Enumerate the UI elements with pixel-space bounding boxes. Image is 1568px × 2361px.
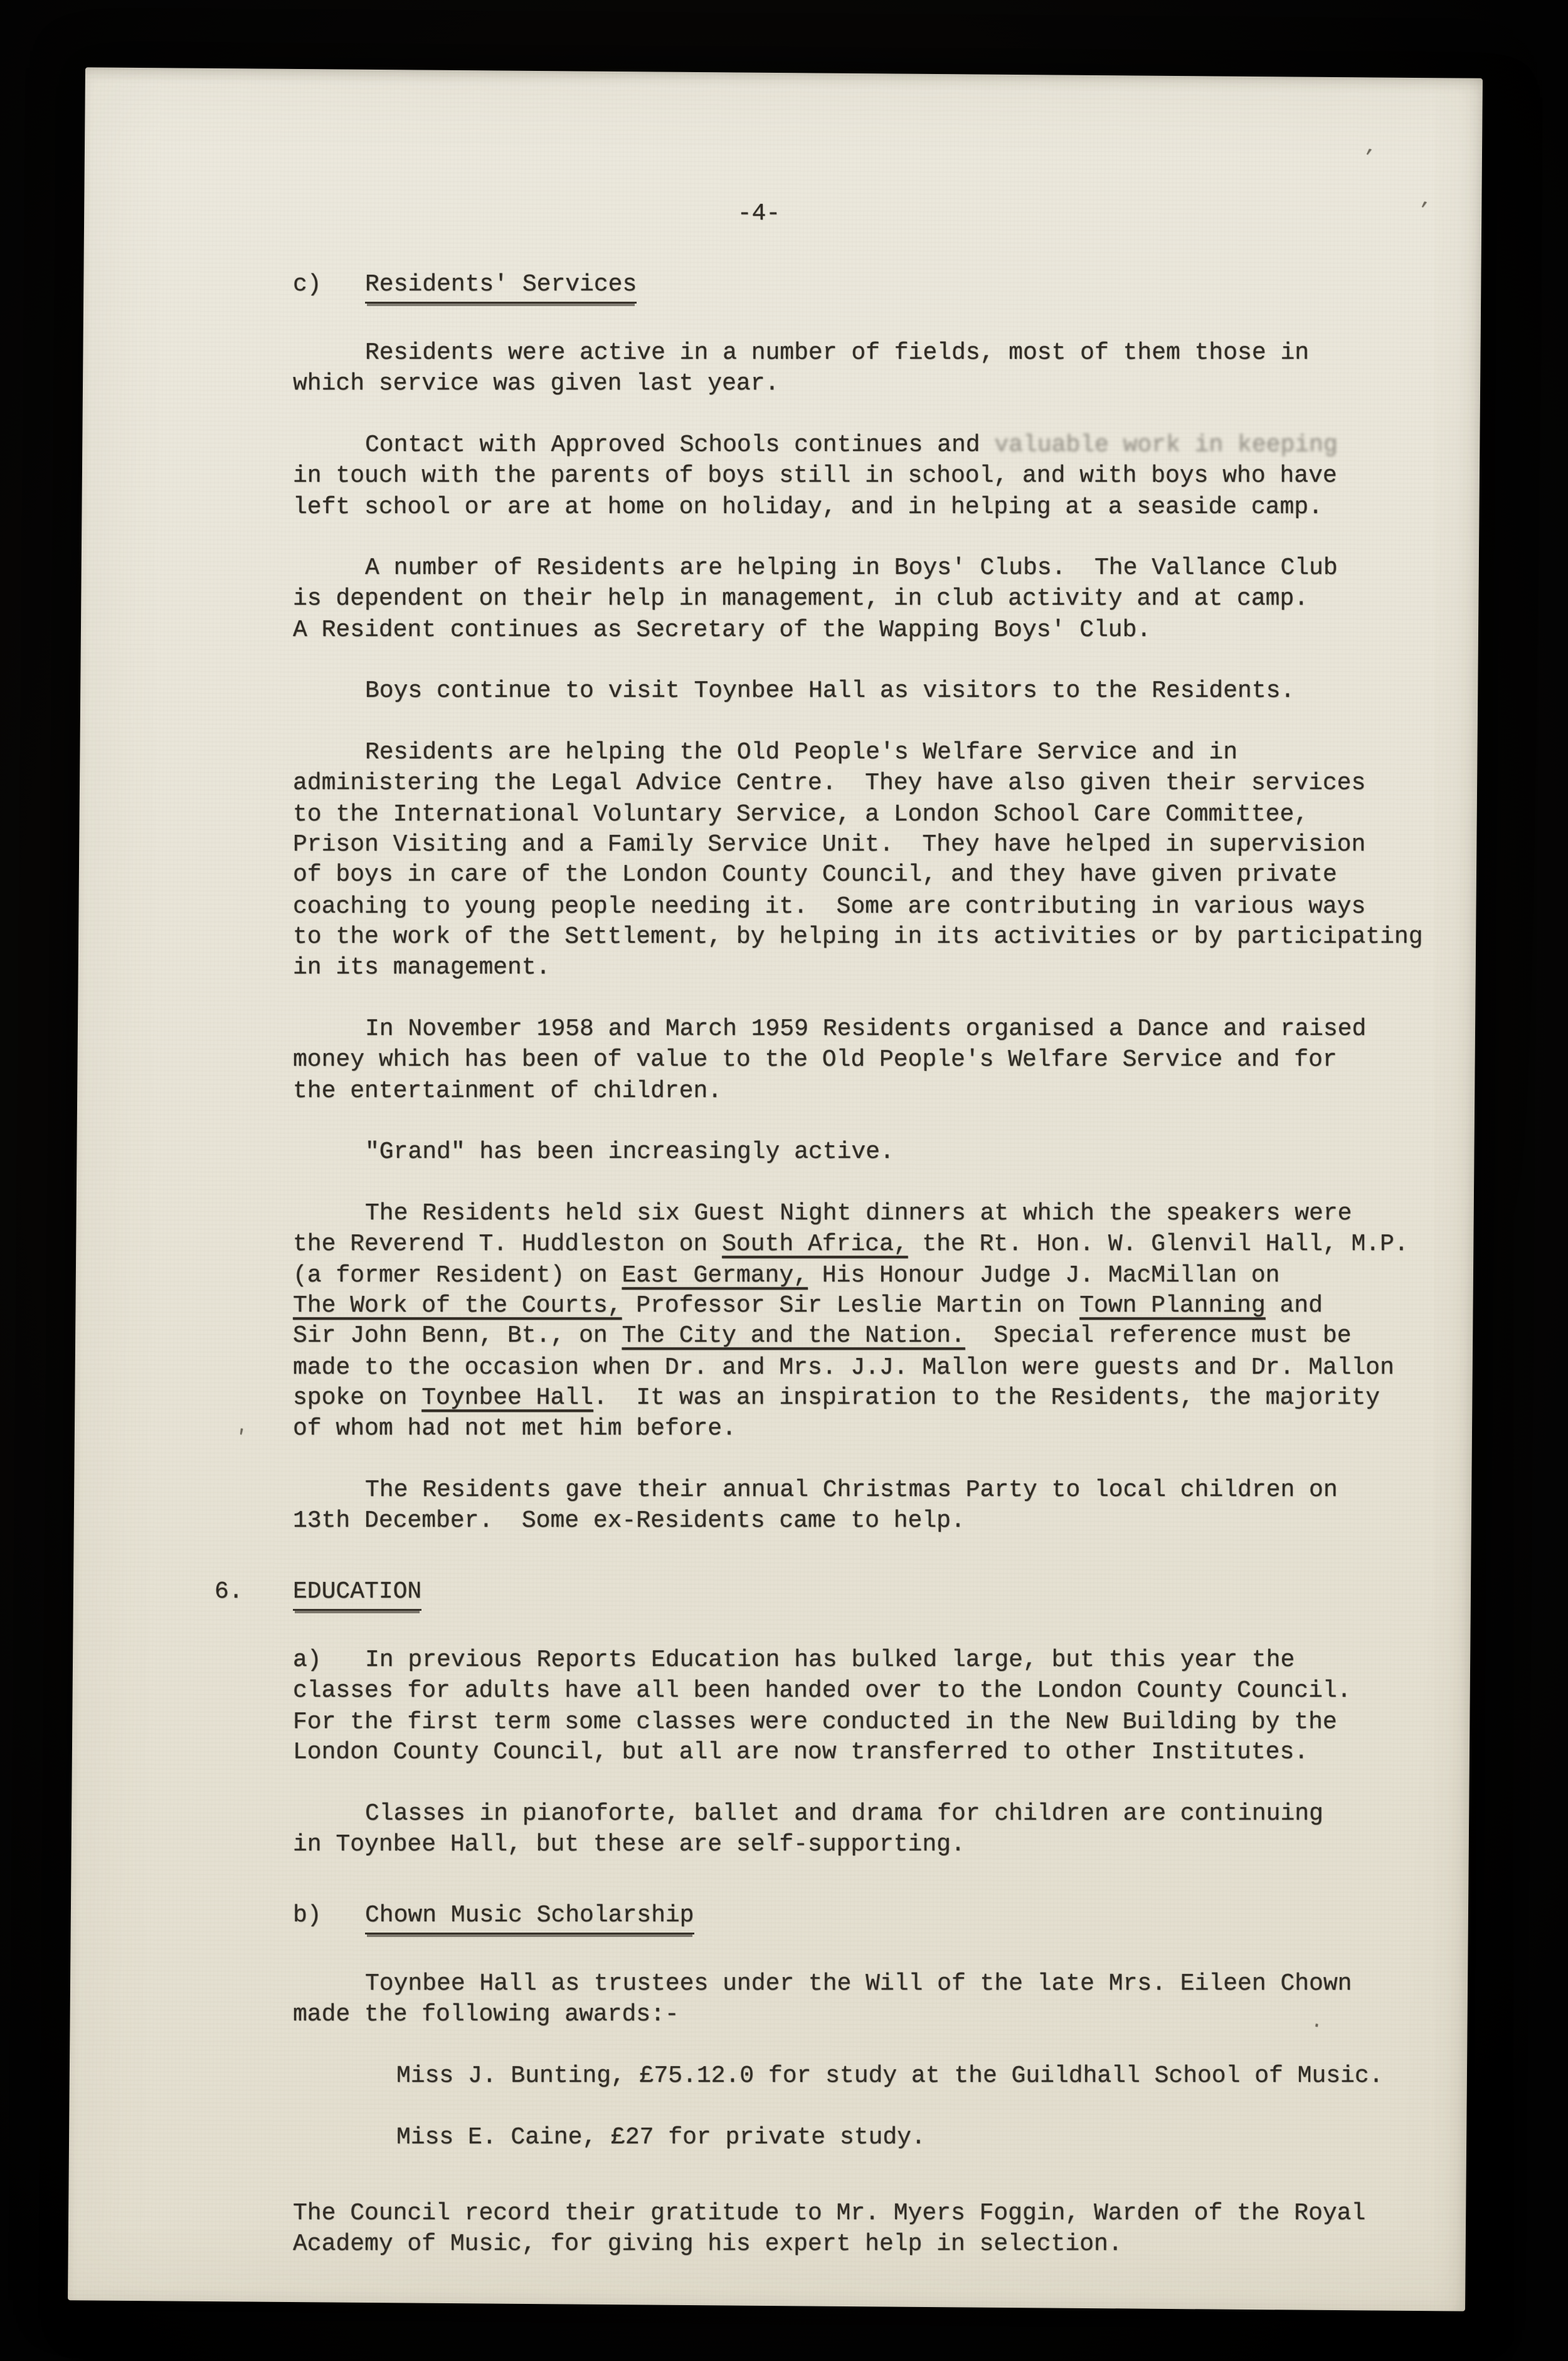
- text-segment: in Toynbee Hall, but these are self-supp…: [293, 1831, 965, 1858]
- text-segment: Toynbee Hall as trustees under the Will …: [365, 1970, 1352, 1997]
- text-line: Miss E. Caine, £27 for private study.: [77, 2122, 1474, 2153]
- underlined-phrase: The City and the Nation.: [622, 1322, 965, 1349]
- section-label: c): [293, 269, 322, 300]
- text-line: Residents are helping the Old People's W…: [77, 737, 1474, 768]
- text-line: (a former Resident) on East Germany, His…: [77, 1260, 1474, 1291]
- underlined-phrase: Toynbee Hall: [421, 1384, 593, 1411]
- text-line: Academy of Music, for giving his expert …: [77, 2229, 1474, 2259]
- text-line: is dependent on their help in management…: [77, 583, 1474, 614]
- text-line: Classes in pianoforte, ballet and drama …: [77, 1798, 1474, 1829]
- text-line: in its management.: [77, 952, 1474, 983]
- underlined-phrase: East Germany,: [622, 1262, 808, 1289]
- text-line: the entertainment of children.: [77, 1076, 1474, 1106]
- text-segment: the Reverend T. Huddleston on: [293, 1231, 722, 1258]
- text-segment: "Grand" has been increasingly active.: [365, 1138, 894, 1165]
- text-line: in Toynbee Hall, but these are self-supp…: [77, 1829, 1474, 1860]
- text-segment: Special reference must be: [965, 1322, 1352, 1349]
- page-content: -4- c)Residents' ServicesResidents were …: [77, 73, 1474, 2306]
- document-body: c)Residents' ServicesResidents were acti…: [77, 269, 1474, 2259]
- text-segment: His Honour Judge J. MacMillan on: [808, 1262, 1280, 1289]
- text-segment: Miss J. Bunting, £75.12.0 for study at t…: [396, 2062, 1383, 2089]
- photo-background: -4- c)Residents' ServicesResidents were …: [0, 0, 1568, 2361]
- text-segment: Prison Visiting and a Family Service Uni…: [293, 831, 1365, 858]
- page-number: -4-: [77, 198, 1474, 229]
- text-line: Toynbee Hall as trustees under the Will …: [77, 1968, 1474, 1999]
- section-title: EDUCATION: [293, 1578, 421, 1611]
- text-line: Contact with Approved Schools continues …: [77, 430, 1474, 460]
- text-line: The Work of the Courts, Professor Sir Le…: [77, 1290, 1474, 1321]
- text-segment: Contact with Approved Schools continues …: [365, 432, 994, 459]
- section-6-heading: 6.EDUCATION: [77, 1576, 1474, 1607]
- text-line: A Resident continues as Secretary of the…: [77, 615, 1474, 645]
- text-segment: Miss E. Caine, £27 for private study.: [396, 2124, 926, 2151]
- para-grand: "Grand" has been increasingly active.: [77, 1137, 1474, 1167]
- para-boys-visit: Boys continue to visit Toynbee Hall as v…: [77, 676, 1474, 706]
- text-line: in touch with the parents of boys still …: [77, 460, 1474, 491]
- text-line: left school or are at home on holiday, a…: [77, 492, 1474, 523]
- underlined-phrase: South Africa,: [722, 1231, 908, 1258]
- section-title: Residents' Services: [365, 271, 637, 304]
- text-segment: valuable work in keeping: [994, 432, 1337, 459]
- para-christmas-party: The Residents gave their annual Christma…: [77, 1475, 1474, 1536]
- text-line: to the work of the Settlement, by helpin…: [77, 921, 1474, 952]
- text-line: The Council record their gratitude to Mr…: [77, 2198, 1474, 2229]
- text-segment: Academy of Music, for giving his expert …: [293, 2231, 1123, 2258]
- text-segment: left school or are at home on holiday, a…: [293, 494, 1323, 521]
- text-segment: spoke on: [293, 1384, 421, 1411]
- text-line: of boys in care of the London County Cou…: [77, 859, 1474, 890]
- text-segment: Residents were active in a number of fie…: [365, 339, 1309, 366]
- heading-line: EDUCATION: [77, 1576, 1474, 1607]
- para-boys-clubs: A number of Residents are helping in Boy…: [77, 553, 1474, 645]
- text-line: of whom had not met him before.: [77, 1413, 1474, 1444]
- document-page: -4- c)Residents' ServicesResidents were …: [68, 67, 1483, 2311]
- text-line: coaching to young people needing it. Som…: [77, 891, 1474, 922]
- para-dance-fundraising: In November 1958 and March 1959 Resident…: [77, 1014, 1474, 1106]
- text-segment: A Resident continues as Secretary of the…: [293, 617, 1151, 644]
- text-segment: and: [1266, 1292, 1323, 1319]
- text-line: In previous Reports Education has bulked…: [77, 1645, 1474, 1675]
- text-segment: to the work of the Settlement, by helpin…: [293, 923, 1423, 950]
- text-line: A number of Residents are helping in Boy…: [77, 553, 1474, 583]
- text-segment: of whom had not met him before.: [293, 1415, 736, 1442]
- text-segment: . It was an inspiration to the Residents…: [593, 1384, 1380, 1411]
- text-segment: of boys in care of the London County Cou…: [293, 861, 1337, 888]
- text-line: which service was given last year.: [77, 368, 1474, 399]
- text-line: 13th December. Some ex-Residents came to…: [77, 1505, 1474, 1536]
- para-residents-active: Residents were active in a number of fie…: [77, 337, 1474, 399]
- text-line: the Reverend T. Huddleston on South Afri…: [77, 1229, 1474, 1260]
- text-segment: Residents are helping the Old People's W…: [365, 739, 1237, 766]
- section-label: b): [293, 1900, 322, 1931]
- text-segment: administering the Legal Advice Centre. T…: [293, 770, 1365, 797]
- section-b-heading: b)Chown Music Scholarship: [77, 1900, 1474, 1931]
- text-segment: Professor Sir Leslie Martin on: [622, 1292, 1080, 1319]
- text-line: London County Council, but all are now t…: [77, 1737, 1474, 1768]
- text-segment: The Residents gave their annual Christma…: [365, 1477, 1338, 1504]
- para-council-gratitude: The Council record their gratitude to Mr…: [77, 2198, 1474, 2259]
- text-segment: in its management.: [293, 954, 550, 981]
- underlined-phrase: The Work of the Courts,: [293, 1292, 622, 1319]
- text-line: The Residents held six Guest Night dinne…: [77, 1198, 1474, 1229]
- text-segment: In November 1958 and March 1959 Resident…: [365, 1016, 1366, 1043]
- text-segment: Sir John Benn, Bt., on: [293, 1322, 622, 1349]
- text-segment: in touch with the parents of boys still …: [293, 462, 1337, 489]
- scan-artifact: ’: [1360, 142, 1376, 174]
- para-education-a: a)In previous Reports Education has bulk…: [77, 1645, 1474, 1768]
- para-chown-trustees: Toynbee Hall as trustees under the Will …: [77, 1968, 1474, 2030]
- text-line: made the following awards:-: [77, 1999, 1474, 2030]
- text-segment: the entertainment of children.: [293, 1078, 722, 1105]
- text-line: Residents were active in a number of fie…: [77, 337, 1474, 368]
- text-line: spoke on Toynbee Hall. It was an inspira…: [77, 1382, 1474, 1413]
- heading-line: Chown Music Scholarship: [77, 1900, 1474, 1931]
- text-line: Miss J. Bunting, £75.12.0 for study at t…: [77, 2061, 1474, 2091]
- text-segment: is dependent on their help in management…: [293, 585, 1308, 612]
- text-line: In November 1958 and March 1959 Resident…: [77, 1014, 1474, 1044]
- heading-line: Residents' Services: [77, 269, 1474, 300]
- text-segment: Boys continue to visit Toynbee Hall as v…: [365, 677, 1295, 704]
- text-line: Sir John Benn, Bt., on The City and the …: [77, 1320, 1474, 1351]
- text-segment: (a former Resident) on: [293, 1262, 622, 1289]
- section-label: 6.: [215, 1576, 243, 1607]
- text-segment: which service was given last year.: [293, 370, 779, 397]
- text-segment: For the first term some classes were con…: [293, 1709, 1337, 1736]
- underlined-phrase: Town Planning: [1079, 1292, 1265, 1319]
- text-segment: Classes in pianoforte, ballet and drama …: [365, 1800, 1323, 1827]
- text-line: "Grand" has been increasingly active.: [77, 1137, 1474, 1167]
- text-segment: The Residents held six Guest Night dinne…: [365, 1200, 1352, 1227]
- text-segment: 13th December. Some ex-Residents came to…: [293, 1507, 965, 1534]
- para-children-classes: Classes in pianoforte, ballet and drama …: [77, 1798, 1474, 1860]
- text-segment: classes for adults have all been handed …: [293, 1677, 1351, 1704]
- text-segment: the Rt. Hon. W. Glenvil Hall, M.P.: [908, 1231, 1409, 1258]
- text-segment: made the following awards:-: [293, 2001, 679, 2028]
- text-line: The Residents gave their annual Christma…: [77, 1475, 1474, 1505]
- para-approved-schools: Contact with Approved Schools continues …: [77, 430, 1474, 522]
- text-line: made to the occasion when Dr. and Mrs. J…: [77, 1352, 1474, 1383]
- award-caine: Miss E. Caine, £27 for private study.: [77, 2122, 1474, 2153]
- text-line: Prison Visiting and a Family Service Uni…: [77, 829, 1474, 860]
- award-bunting: Miss J. Bunting, £75.12.0 for study at t…: [77, 2061, 1474, 2091]
- text-line: administering the Legal Advice Centre. T…: [77, 768, 1474, 798]
- para-welfare-service: Residents are helping the Old People's W…: [77, 737, 1474, 983]
- para-guest-nights: The Residents held six Guest Night dinne…: [77, 1198, 1474, 1444]
- text-line: Boys continue to visit Toynbee Hall as v…: [77, 676, 1474, 706]
- text-segment: to the International Voluntary Service, …: [293, 801, 1308, 828]
- text-line: For the first term some classes were con…: [77, 1707, 1474, 1738]
- text-segment: coaching to young people needing it. Som…: [293, 893, 1365, 920]
- text-segment: money which has been of value to the Old…: [293, 1046, 1337, 1073]
- text-segment: In previous Reports Education has bulked…: [365, 1647, 1295, 1674]
- section-title: Chown Music Scholarship: [365, 1902, 694, 1934]
- text-segment: made to the occasion when Dr. and Mrs. J…: [293, 1354, 1394, 1381]
- text-segment: London County Council, but all are now t…: [293, 1739, 1308, 1766]
- text-line: money which has been of value to the Old…: [77, 1044, 1474, 1075]
- text-line: to the International Voluntary Service, …: [77, 799, 1474, 830]
- text-segment: The Council record their gratitude to Mr…: [293, 2200, 1365, 2227]
- section-c-heading: c)Residents' Services: [77, 269, 1474, 300]
- text-line: classes for adults have all been handed …: [77, 1675, 1474, 1706]
- text-segment: A number of Residents are helping in Boy…: [365, 554, 1338, 581]
- section-label: a): [293, 1645, 322, 1675]
